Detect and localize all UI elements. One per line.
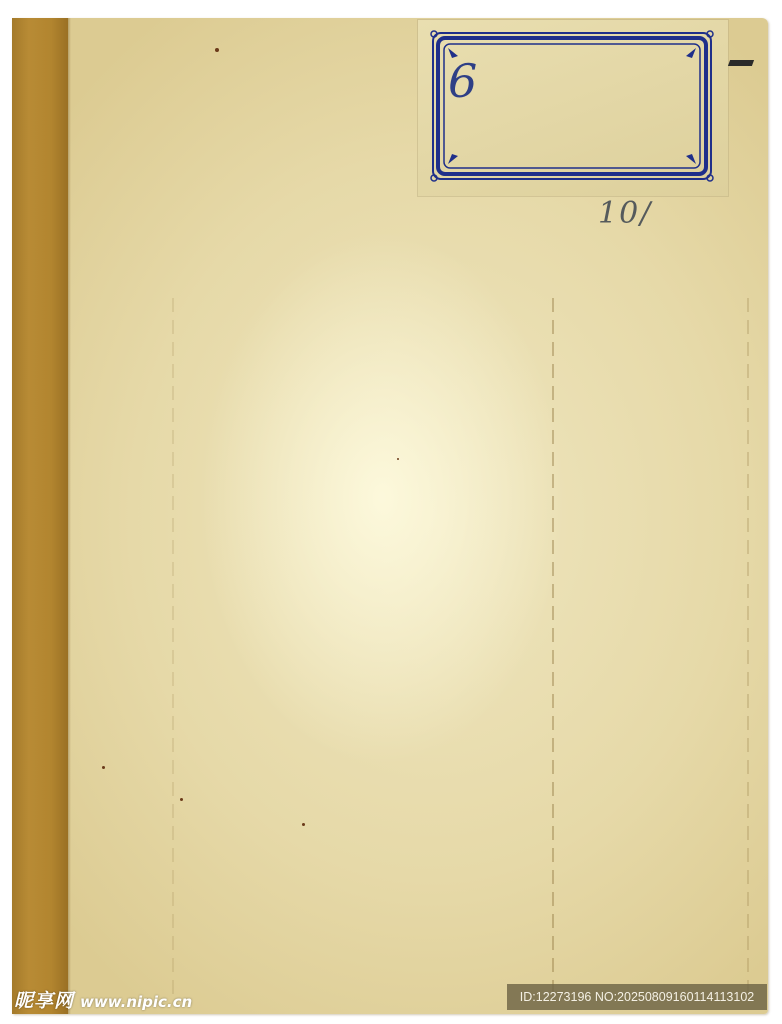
watermark-id-badge: ID:12273196 NO:20250809160114113102: [507, 984, 767, 1010]
ink-mark: [728, 60, 754, 66]
handwritten-number: 10/: [598, 196, 652, 231]
cover-label: 6: [418, 20, 728, 196]
watermark-url: www.nipic.cn: [80, 993, 192, 1011]
stain-speck: [180, 798, 183, 801]
watermark-logo: 昵享网 www.nipic.cn: [14, 986, 192, 1013]
spine-edge-shadow: [68, 18, 71, 1014]
crease-line: [747, 298, 749, 998]
stain-speck: [397, 458, 399, 460]
notebook-cover: 6: [12, 18, 768, 1014]
crease-line: [172, 298, 174, 998]
watermark-id-text: ID:12273196 NO:20250809160114113102: [520, 990, 754, 1004]
handwritten-letter: 6: [448, 58, 477, 104]
stain-speck: [102, 766, 105, 769]
watermark-site-name: 昵享网: [14, 986, 74, 1013]
binding-spine: [12, 18, 68, 1014]
stain-speck: [215, 48, 219, 52]
crease-line: [552, 298, 554, 998]
stain-speck: [302, 823, 305, 826]
